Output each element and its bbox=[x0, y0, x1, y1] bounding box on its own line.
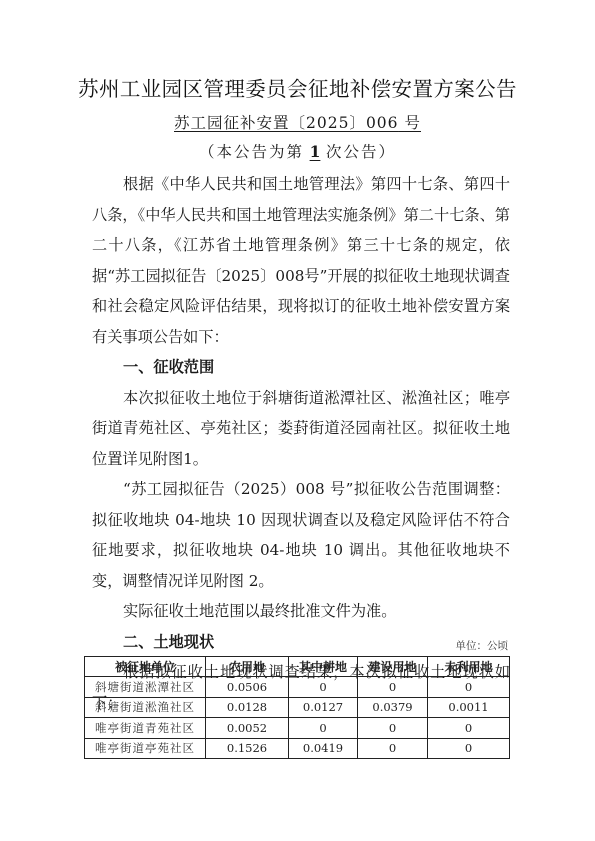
column-header-unused: 未利用地 bbox=[428, 657, 510, 677]
cell-unused: 0.0011 bbox=[428, 697, 510, 718]
cell-unused: 0 bbox=[428, 738, 510, 759]
cell-construction: 0 bbox=[358, 677, 428, 698]
cell-construction: 0.0379 bbox=[358, 697, 428, 718]
scope-paragraph-adjustment: “苏工园拟征告（2025）008 号”拟征收公告范围调整：拟征收地块 04-地块… bbox=[92, 474, 510, 596]
scope-paragraph-location: 本次拟征收土地位于斜塘街道淞潭社区、淞渔社区；唯亭街道青苑社区、亭苑社区；娄葑街… bbox=[92, 383, 510, 475]
document-number-code: 苏工园征补安置〔2025〕006 bbox=[174, 114, 399, 132]
intro-paragraph: 根据《中华人民共和国土地管理法》第四十七条、第四十八条，《中华人民共和国土地管理… bbox=[92, 169, 510, 352]
cell-cultivated: 0 bbox=[289, 677, 358, 698]
cell-unit: 斜塘街道淞渔社区 bbox=[85, 697, 206, 718]
cell-agricultural: 0.1526 bbox=[206, 738, 289, 759]
cell-cultivated: 0.0127 bbox=[289, 697, 358, 718]
cell-unit: 斜塘街道淞潭社区 bbox=[85, 677, 206, 698]
cell-construction: 0 bbox=[358, 718, 428, 739]
cell-unit: 唯亭街道亭苑社区 bbox=[85, 738, 206, 759]
document-number-suffix: 号 bbox=[404, 114, 421, 132]
land-status-table: 被征地单位 农用地 其中耕地 建设用地 未利用地 斜塘街道淞潭社区 0.0506… bbox=[84, 656, 510, 759]
cell-cultivated: 0.0419 bbox=[289, 738, 358, 759]
cell-unused: 0 bbox=[428, 677, 510, 698]
section-heading-scope: 一、征收范围 bbox=[92, 352, 510, 383]
table-row: 斜塘街道淞潭社区 0.0506 0 0 0 bbox=[85, 677, 510, 698]
cell-agricultural: 0.0506 bbox=[206, 677, 289, 698]
cell-cultivated: 0 bbox=[289, 718, 358, 739]
column-header-agricultural: 农用地 bbox=[206, 657, 289, 677]
document-title: 苏州工业园区管理委员会征地补偿安置方案公告 bbox=[0, 76, 595, 102]
column-header-cultivated: 其中耕地 bbox=[289, 657, 358, 677]
cell-unit: 唯亭街道青苑社区 bbox=[85, 718, 206, 739]
column-header-construction: 建设用地 bbox=[358, 657, 428, 677]
document-body: 根据《中华人民共和国土地管理法》第四十七条、第四十八条，《中华人民共和国土地管理… bbox=[92, 169, 510, 718]
document-page: 苏州工业园区管理委员会征地补偿安置方案公告 苏工园征补安置〔2025〕006 号… bbox=[0, 0, 595, 841]
table-row: 唯亭街道青苑社区 0.0052 0 0 0 bbox=[85, 718, 510, 739]
table-unit-label: 单位：公顷 bbox=[456, 638, 509, 654]
scope-paragraph-final: 实际征收土地范围以最终批准文件为准。 bbox=[92, 596, 510, 627]
table-row: 唯亭街道亭苑社区 0.1526 0.0419 0 0 bbox=[85, 738, 510, 759]
cell-agricultural: 0.0052 bbox=[206, 718, 289, 739]
section-heading-land-status: 二、土地现状 bbox=[92, 627, 510, 658]
table-row: 斜塘街道淞渔社区 0.0128 0.0127 0.0379 0.0011 bbox=[85, 697, 510, 718]
notice-count-suffix: 次公告） bbox=[326, 143, 396, 161]
table-header-row: 被征地单位 农用地 其中耕地 建设用地 未利用地 bbox=[85, 657, 510, 677]
notice-count-value: 1 bbox=[304, 141, 326, 163]
cell-agricultural: 0.0128 bbox=[206, 697, 289, 718]
cell-unused: 0 bbox=[428, 718, 510, 739]
column-header-unit: 被征地单位 bbox=[85, 657, 206, 677]
document-number: 苏工园征补安置〔2025〕006 号 bbox=[0, 112, 595, 134]
cell-construction: 0 bbox=[358, 738, 428, 759]
notice-count-prefix: （本公告为第 bbox=[199, 143, 304, 161]
notice-count-line: （本公告为第1次公告） bbox=[0, 141, 595, 163]
